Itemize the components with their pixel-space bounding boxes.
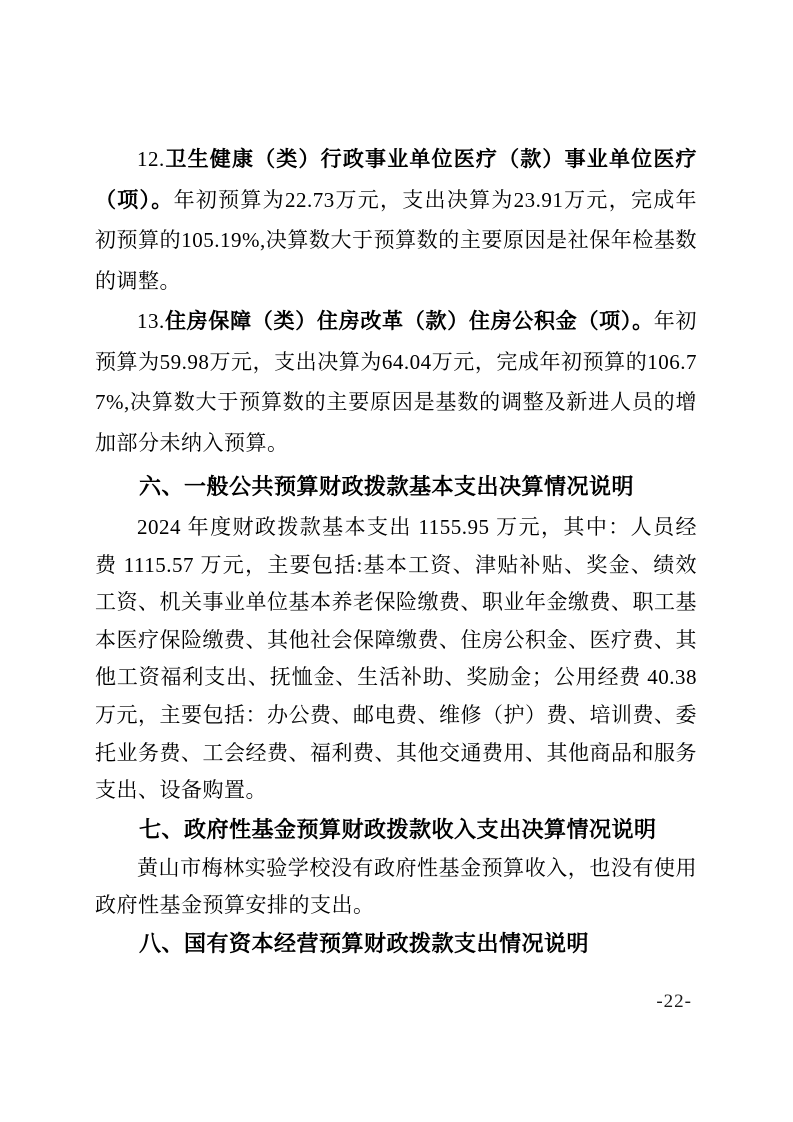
budget-item-12-body: 年初预算为22.73万元，支出决算为23.91万元，完成年初预算的105.19%… <box>95 188 697 293</box>
section-heading-state-capital: 八、国有资本经营预算财政拨款支出情况说明 <box>95 925 697 963</box>
budget-item-12-number: 12. <box>137 147 165 171</box>
section-heading-government-fund: 七、政府性基金预算财政拨款收入支出决算情况说明 <box>95 810 697 850</box>
budget-item-13-title: 住房保障（类）住房改革（款）住房公积金（项）。 <box>165 309 654 333</box>
page-content: 12.卫生健康（类）行政事业单位医疗（款）事业单位医疗（项）。年初预算为22.7… <box>95 139 697 963</box>
budget-item-12-paragraph: 12.卫生健康（类）行政事业单位医疗（款）事业单位医疗（项）。年初预算为22.7… <box>95 139 697 301</box>
page-number: -22- <box>656 991 692 1013</box>
section-government-fund-paragraph: 黄山市梅林实验学校没有政府性基金预算收入，也没有使用政府性基金预算安排的支出。 <box>95 850 697 925</box>
budget-item-13-number: 13. <box>137 309 165 333</box>
document-page: 12.卫生健康（类）行政事业单位医疗（款）事业单位医疗（项）。年初预算为22.7… <box>0 0 793 1122</box>
budget-item-13-paragraph: 13.住房保障（类）住房改革（款）住房公积金（项）。年初预算为59.98万元，支… <box>95 301 697 463</box>
section-heading-basic-expenditure: 六、一般公共预算财政拨款基本支出决算情况说明 <box>95 465 697 509</box>
section-basic-expenditure-paragraph: 2024 年度财政拨款基本支出 1155.95 万元，其中：人员经费 1115.… <box>95 509 697 810</box>
